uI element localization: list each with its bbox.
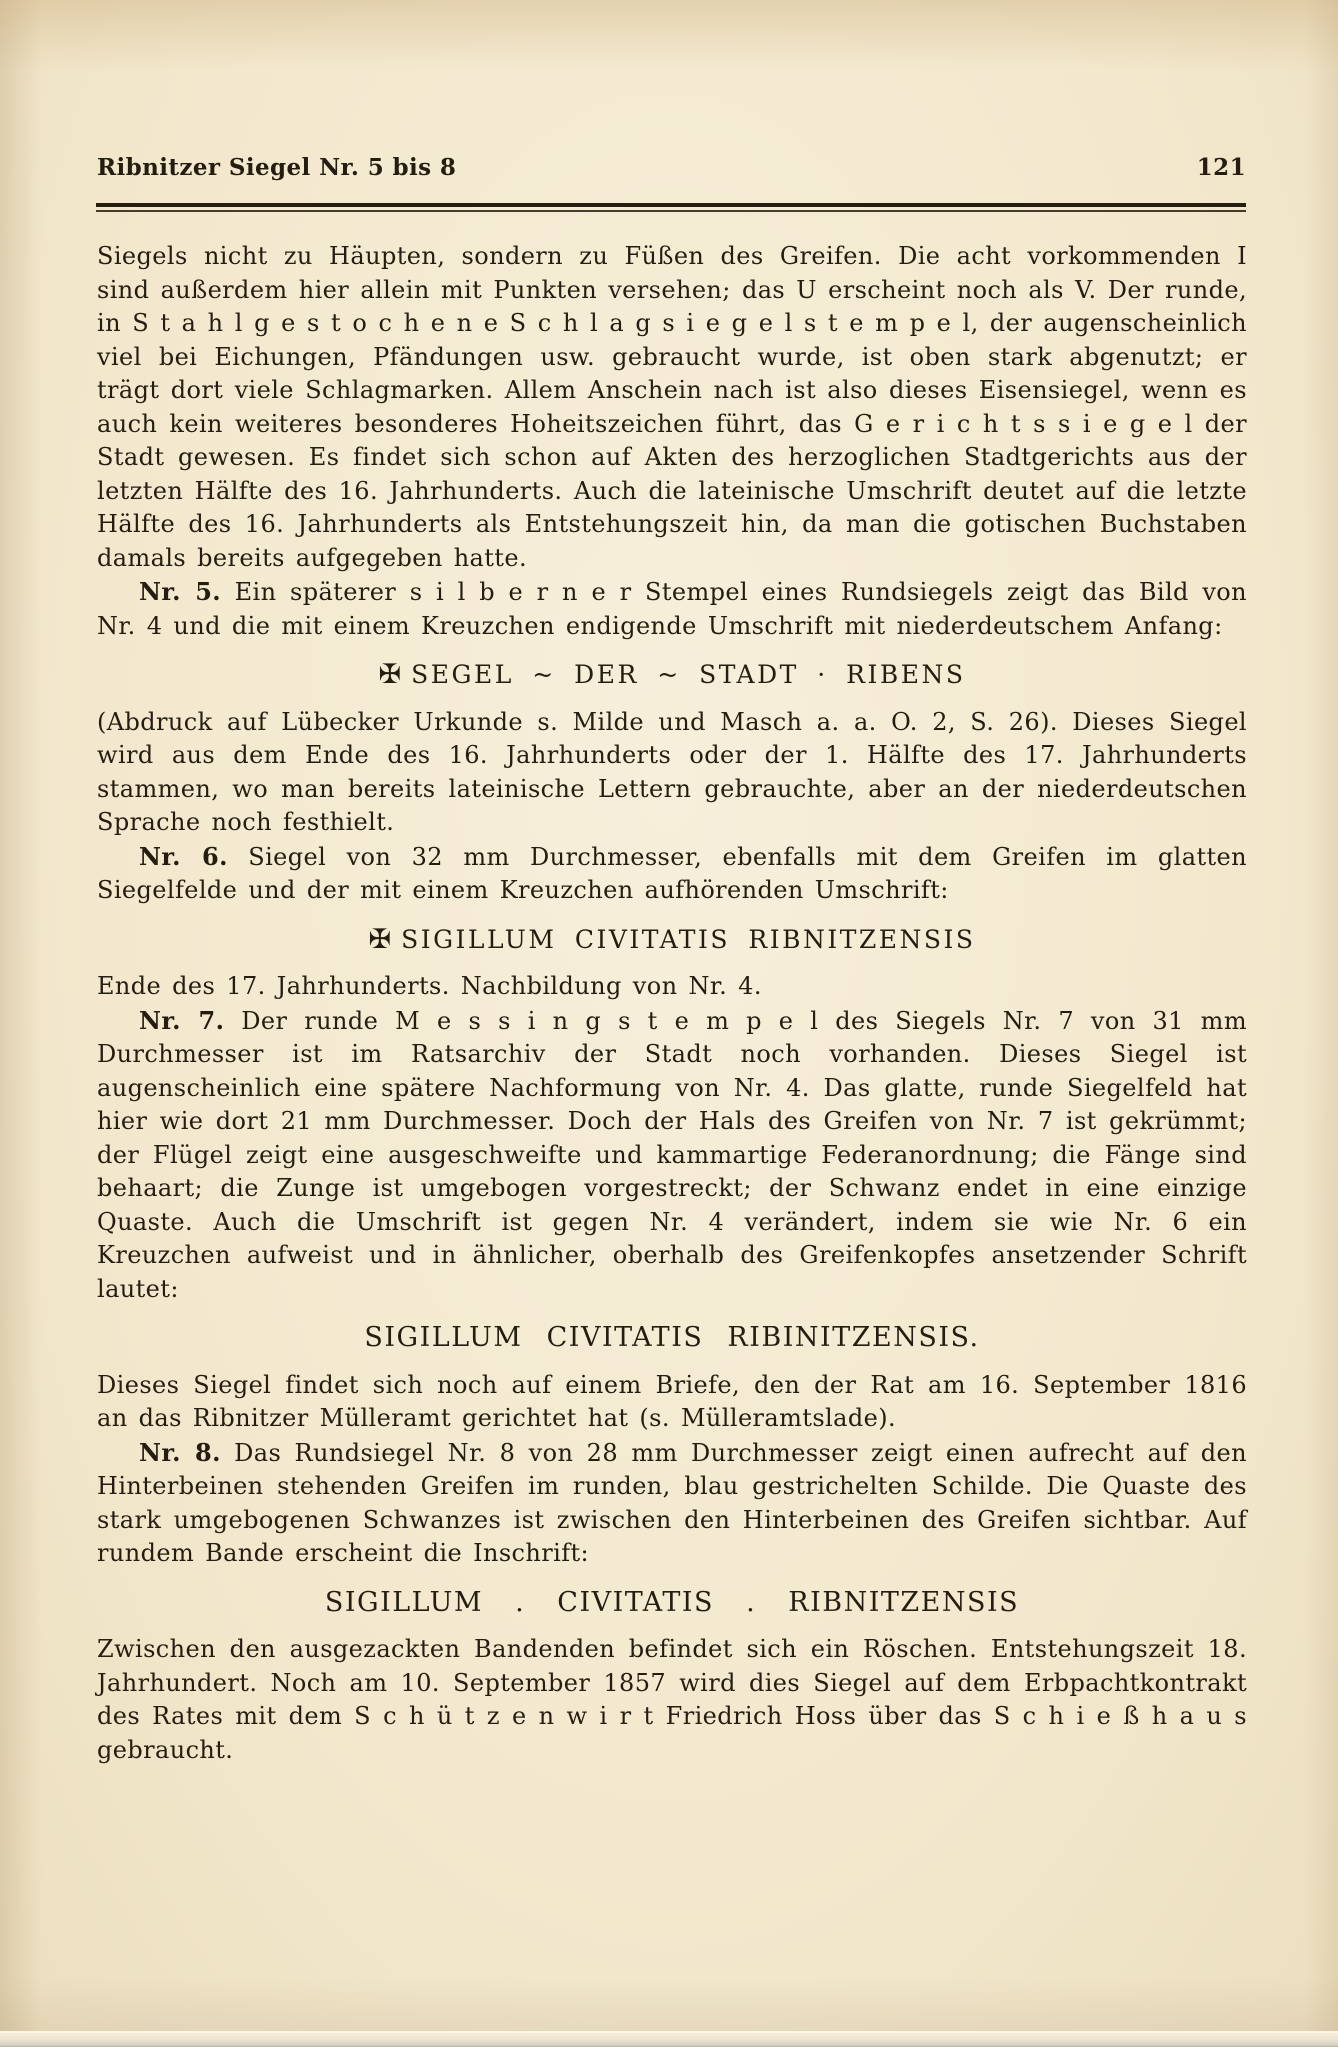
page-bottom-edge: [0, 2031, 1338, 2047]
nr8-label: Nr. 8.: [139, 1438, 221, 1467]
paragraph-intro: Siegels nicht zu Häupten, sondern zu Füß…: [97, 240, 1247, 575]
paragraph-nr8: Nr. 8. Das Rundsiegel Nr. 8 von 28 mm Du…: [97, 1436, 1247, 1571]
nr8-text: Das Rundsiegel Nr. 8 von 28 mm Durchmess…: [97, 1439, 1247, 1568]
seal8-inscription-text: SIGILLUM . CIVITATIS . RIBNITZENSIS: [325, 1587, 1019, 1618]
paragraph-after5: (Abdruck auf Lübecker Urkunde s. Milde u…: [97, 706, 1247, 840]
nr6-label: Nr. 6.: [139, 842, 228, 871]
paragraph-nr6: Nr. 6. Siegel von 32 mm Durchmesser, ebe…: [97, 840, 1247, 908]
paragraph-nr5: Nr. 5. Ein späterer s i l b e r n e r St…: [97, 575, 1247, 643]
header-rule-thin: [96, 210, 1246, 212]
seal6-inscription-text: SIGILLUM CIVITATIS RIBNITZENSIS: [401, 925, 975, 954]
paragraph-nr7: Nr. 7. Der runde M e s s i n g s t e m p…: [97, 1004, 1247, 1307]
seal-inscription-nr6: ✠SIGILLUM CIVITATIS RIBNITZENSIS: [97, 923, 1247, 957]
scanned-book-page: Ribnitzer Siegel Nr. 5 bis 8 121 Siegels…: [0, 0, 1338, 2047]
nr7-label: Nr. 7.: [139, 1006, 224, 1035]
header-rule-thick: [96, 203, 1246, 207]
nr5-text: Ein späterer s i l b e r n e r Stempel e…: [97, 578, 1247, 640]
seal-inscription-nr5: ✠SEGEL ~ DER ~ STADT · RIBENS: [97, 658, 1247, 692]
paragraph-after6: Ende des 17. Jahrhunderts. Nachbildung v…: [97, 970, 1247, 1004]
seal-inscription-nr7: SIGILLUM CIVITATIS RIBINITZENSIS.: [97, 1321, 1247, 1355]
page-header: Ribnitzer Siegel Nr. 5 bis 8 121: [97, 154, 1246, 181]
header-rule: [96, 203, 1246, 213]
seal-inscription-nr8: SIGILLUM . CIVITATIS . RIBNITZENSIS: [97, 1586, 1247, 1620]
paragraph-after8: Zwischen den ausgezackten Bandenden befi…: [97, 1633, 1247, 1767]
paragraph-after7: Dieses Siegel findet sich noch auf einem…: [97, 1369, 1247, 1436]
nr6-text: Siegel von 32 mm Durchmesser, ebenfalls …: [97, 843, 1247, 905]
maltese-cross-icon: ✠: [379, 659, 402, 690]
page-number: 121: [1197, 154, 1246, 181]
body-text-column: Siegels nicht zu Häupten, sondern zu Füß…: [97, 240, 1247, 1767]
running-title: Ribnitzer Siegel Nr. 5 bis 8: [97, 154, 456, 181]
maltese-cross-icon: ✠: [368, 924, 391, 955]
nr5-label: Nr. 5.: [139, 577, 221, 606]
seal5-inscription-text: SEGEL ~ DER ~ STADT · RIBENS: [411, 660, 965, 689]
seal7-inscription-text: SIGILLUM CIVITATIS RIBINITZENSIS.: [364, 1322, 979, 1353]
nr7-text: Der runde M e s s i n g s t e m p e l de…: [97, 1007, 1247, 1303]
